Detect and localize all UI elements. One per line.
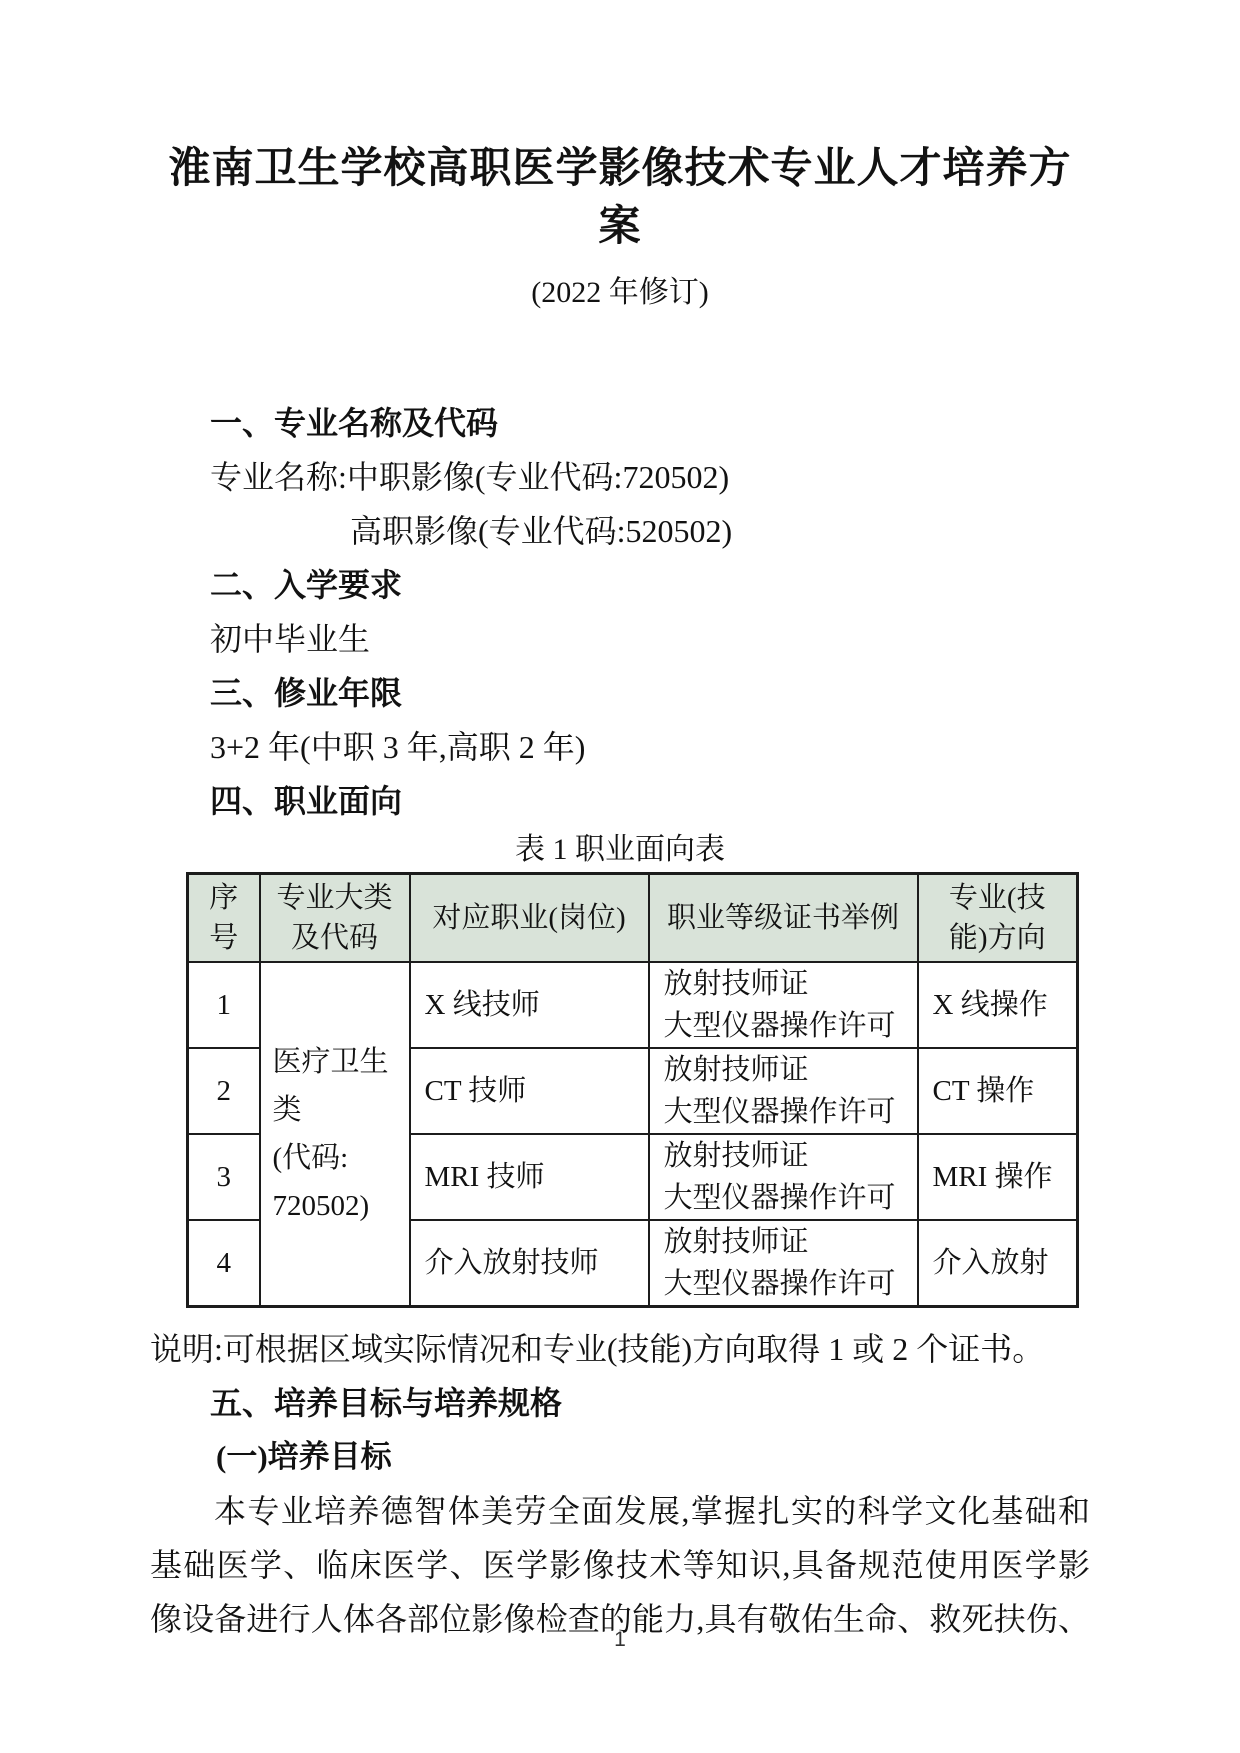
direction-cell: MRI 操作 [918, 1134, 1078, 1220]
career-orientation-table: 序号 专业大类及代码 对应职业(岗位) 职业等级证书举例 专业(技能)方向 1 … [186, 872, 1079, 1308]
row-number-cell: 4 [188, 1220, 260, 1307]
row-number-cell: 2 [188, 1048, 260, 1134]
training-objective-paragraph: 本专业培养德智体美劳全面发展,掌握扎实的科学文化基础和 基础医学、临床医学、医学… [150, 1484, 1090, 1646]
col-header-direction: 专业(技能)方向 [918, 874, 1078, 963]
section-3-heading: 三、修业年限 [210, 666, 1090, 720]
training-objective-subheading: (一)培养目标 [216, 1430, 1090, 1484]
row-number-cell: 3 [188, 1134, 260, 1220]
section-2-heading: 二、入学要求 [210, 558, 1090, 612]
table-1-caption: 表 1 职业面向表 [150, 828, 1090, 872]
direction-cell: CT 操作 [918, 1048, 1078, 1134]
major-name-line-2: 高职影像(专业代码:520502) [350, 504, 1090, 558]
direction-cell: 介入放射 [918, 1220, 1078, 1307]
section-4-heading: 四、职业面向 [210, 774, 1090, 828]
page-title: 淮南卫生学校高职医学影像技术专业人才培养方案 [150, 140, 1090, 256]
paragraph-line: 基础医学、临床医学、医学影像技术等知识,具备规范使用医学影 [150, 1538, 1090, 1592]
col-header-job: 对应职业(岗位) [410, 874, 649, 963]
page-content: 淮南卫生学校高职医学影像技术专业人才培养方案 (2022 年修订) 一、专业名称… [0, 0, 1240, 1646]
job-cell: 介入放射技师 [410, 1220, 649, 1307]
cert-cell: 放射技师证 大型仪器操作许可 [649, 1134, 918, 1220]
col-header-certificate: 职业等级证书举例 [649, 874, 918, 963]
col-header-serial: 序号 [188, 874, 260, 963]
entry-requirement-text: 初中毕业生 [210, 612, 1090, 666]
table-note: 说明:可根据区域实际情况和专业(技能)方向取得 1 或 2 个证书。 [150, 1322, 1090, 1376]
section-1-heading: 一、专业名称及代码 [210, 396, 1090, 450]
job-cell: MRI 技师 [410, 1134, 649, 1220]
row-number-cell: 1 [188, 962, 260, 1048]
document-page: 淮南卫生学校高职医学影像技术专业人才培养方案 (2022 年修订) 一、专业名称… [0, 0, 1240, 1753]
cert-cell: 放射技师证 大型仪器操作许可 [649, 1220, 918, 1307]
direction-cell: X 线操作 [918, 962, 1078, 1048]
category-merged-cell: 医疗卫生类 (代码: 720502) [260, 962, 410, 1307]
major-name-line-1: 专业名称:中职影像(专业代码:720502) [210, 450, 1090, 504]
study-period-text: 3+2 年(中职 3 年,高职 2 年) [210, 720, 1090, 774]
paragraph-line: 本专业培养德智体美劳全面发展,掌握扎实的科学文化基础和 [150, 1484, 1090, 1538]
cert-cell: 放射技师证 大型仪器操作许可 [649, 1048, 918, 1134]
table-header-row: 序号 专业大类及代码 对应职业(岗位) 职业等级证书举例 专业(技能)方向 [188, 874, 1078, 963]
page-subtitle: (2022 年修订) [150, 272, 1090, 314]
section-5-heading: 五、培养目标与培养规格 [210, 1376, 1090, 1430]
cert-cell: 放射技师证 大型仪器操作许可 [649, 962, 918, 1048]
table-row: 1 医疗卫生类 (代码: 720502) X 线技师 放射技师证 大型仪器操作许… [188, 962, 1078, 1048]
col-header-category: 专业大类及代码 [260, 874, 410, 963]
page-number: 1 [0, 1628, 1240, 1652]
job-cell: CT 技师 [410, 1048, 649, 1134]
job-cell: X 线技师 [410, 962, 649, 1048]
